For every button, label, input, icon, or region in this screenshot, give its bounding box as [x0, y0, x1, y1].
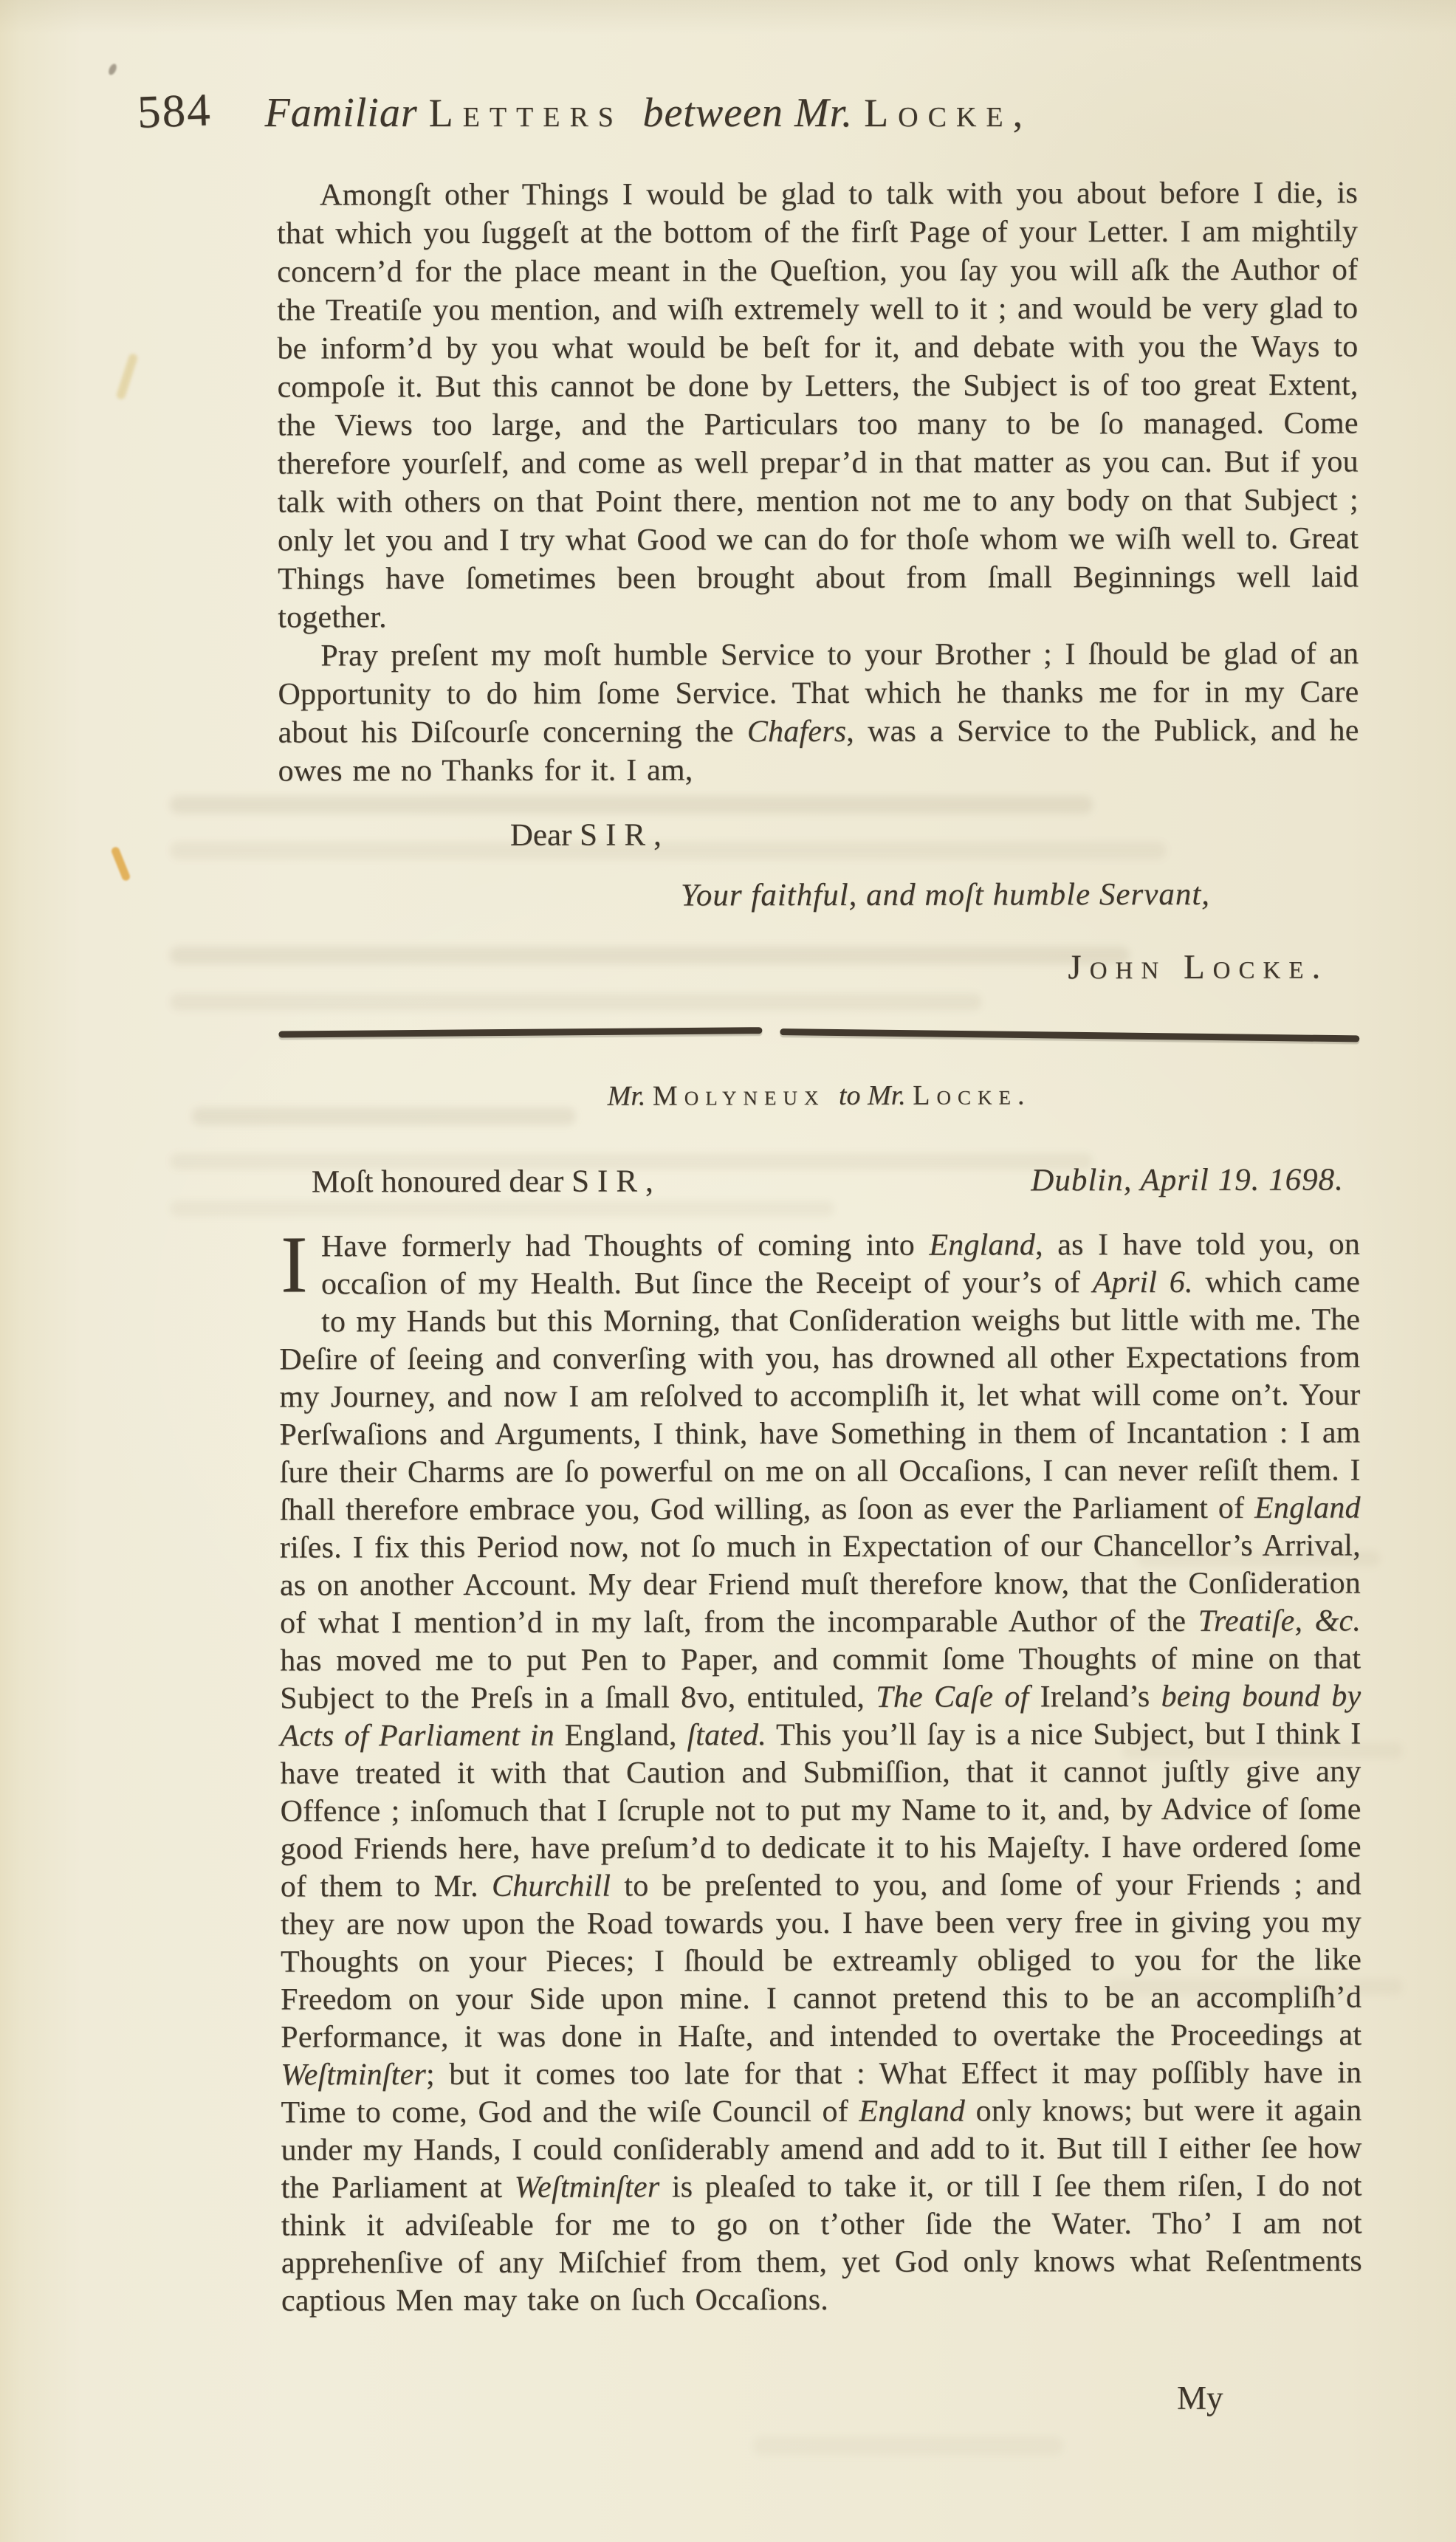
letter-dateline: Dublin, April 19. 1698. [1031, 1161, 1344, 1200]
salutation-row: Moſt honoured dear SIR, Dublin, April 19… [279, 1161, 1360, 1201]
divider-rule-right [780, 1028, 1359, 1042]
molyneux-letter-body: IHave formerly had Thoughts of coming in… [279, 1226, 1362, 2320]
locke-letter-paragraph-2: Pray preſent my moſt humble Service to y… [278, 634, 1359, 790]
page-number: 584 [137, 83, 213, 139]
letter-salutation: Moſt honoured dear SIR, [312, 1162, 662, 1201]
letter-signature: John Locke. [278, 947, 1359, 988]
letter-heading: Mr. Molyneux to Mr. Locke. [279, 1075, 1360, 1116]
orange-fleck-stain [110, 846, 131, 882]
yellow-streak-stain [115, 353, 138, 401]
book-page-scan: 584 Familiar Letters between Mr. Locke, … [0, 0, 1456, 2542]
locke-letter-paragraph-1: Amongſt other Things I would be glad to … [277, 174, 1359, 636]
bleed-through-smudge [753, 2436, 1063, 2456]
section-divider [278, 1027, 1359, 1036]
molyneux-letter-text: Have formerly had Thoughts of coming int… [279, 1227, 1362, 2318]
text-column: Amongſt other Things I would be glad to … [277, 174, 1362, 2320]
letter-valediction: Your faithful, and moſt humble Servant, [278, 875, 1359, 916]
drop-cap: I [279, 1228, 321, 1306]
catchword: My [1177, 2379, 1223, 2417]
running-title: Familiar Letters between Mr. Locke, [265, 89, 1033, 137]
letter-closing: Dear SIR, [510, 814, 1359, 854]
divider-rule-left [278, 1027, 762, 1037]
running-header: 584 Familiar Letters between Mr. Locke, [0, 0, 1456, 138]
